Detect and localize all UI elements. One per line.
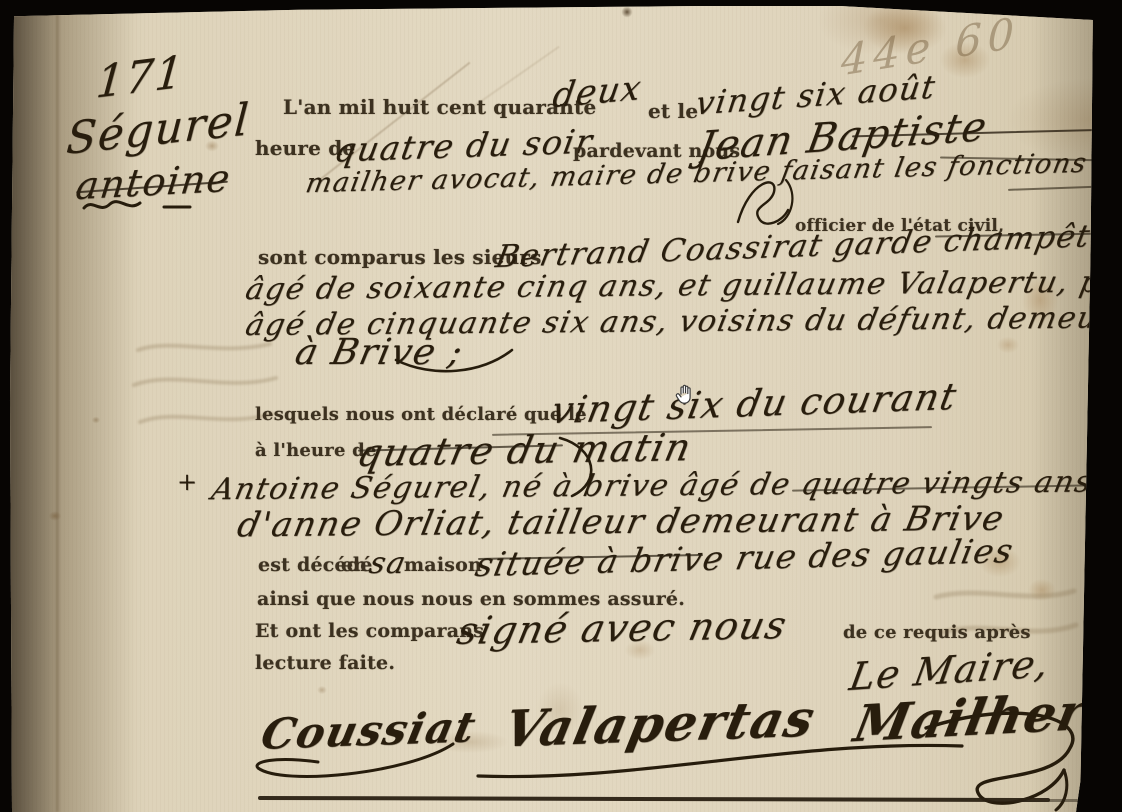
form-text: Et ont les comparans <box>255 620 484 642</box>
register-page[interactable]: 44e 60 171 Ségurel antoine + L'an mil hu… <box>0 0 1122 812</box>
open-hand-cursor-icon <box>672 382 698 408</box>
form-text: et le <box>648 99 698 123</box>
form-text: lesquels nous ont déclaré que le <box>255 404 587 425</box>
form-text: maison <box>404 554 482 576</box>
record-separator-rule <box>1048 799 1088 802</box>
form-text: en <box>341 554 367 576</box>
entry-residence: à Brive ; <box>292 332 468 373</box>
entry-year: deux <box>550 68 645 116</box>
form-text: lecture faite. <box>255 652 395 674</box>
signature-witness2: Valapertas <box>499 688 821 758</box>
margin-record-number: 171 <box>94 46 186 109</box>
record-separator-rule <box>258 796 1050 802</box>
page-crease <box>56 0 59 812</box>
entry-signed-with-us: signé avec nous <box>453 603 791 653</box>
margin-cross-mark: + <box>177 468 199 496</box>
signature-witness1: Coussiat <box>257 702 481 759</box>
scanned-register-photo: 44e 60 171 Ségurel antoine + L'an mil hu… <box>0 0 1122 812</box>
form-text: de ce requis après <box>843 622 1031 643</box>
entry-death-date: vingt six du courant <box>548 375 961 432</box>
